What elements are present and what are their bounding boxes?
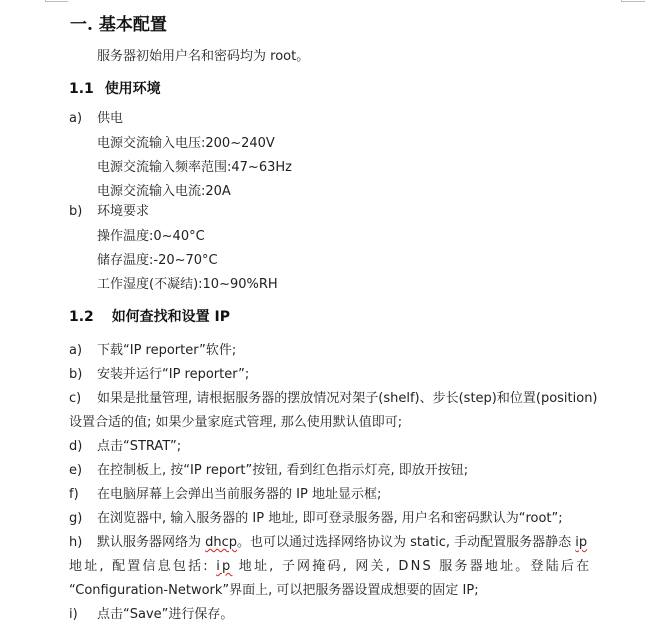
step-batch-config-line1: 如果是批量管理, 请根据服务器的摆放情况对架子(shelf)、步长(step)和…	[97, 391, 598, 407]
section-title: 如何查找和设置 IP	[112, 309, 230, 325]
heading-basic-config: 一. 基本配置	[70, 10, 167, 35]
step-save: 点击“Save”进行保存。	[97, 607, 233, 623]
text-run: 地址, 配置信息包括:	[69, 559, 216, 574]
step-download: 下载“IP reporter”软件;	[97, 343, 236, 359]
list-item-environment: 环境要求	[97, 204, 149, 220]
spellcheck-word: dhcp	[205, 535, 237, 550]
detail-operating-temp: 操作温度:0~40°C	[97, 229, 205, 245]
intro-text: 服务器初始用户名和密码均为 root。	[97, 49, 309, 65]
step-click-start: 点击“STRAT”;	[97, 439, 181, 455]
detail-current: 电源交流输入电流:20A	[97, 184, 231, 200]
section-number: 1.2	[69, 309, 94, 325]
heading-section-1-2: 1.2 如何查找和设置 IP	[69, 306, 230, 326]
detail-storage-temp: 储存温度:-20~70°C	[97, 253, 218, 269]
step-network-line3: “Configuration-Network”界面上, 可以把服务器设置成想要的…	[69, 583, 479, 599]
step-ip-popup: 在电脑屏幕上会弹出当前服务器的 IP 地址显示框;	[97, 487, 381, 503]
list-marker: b)	[69, 204, 82, 220]
section-title: 使用环境	[105, 81, 161, 97]
detail-humidity: 工作湿度(不凝结):10~90%RH	[97, 277, 278, 293]
step-batch-config-line2: 设置合适的值; 如果少量家庭式管理, 那么使用默认值即可;	[69, 415, 402, 431]
step-marker: i)	[69, 607, 78, 623]
step-marker: g)	[69, 511, 82, 527]
detail-voltage: 电源交流输入电压:200~240V	[97, 136, 275, 152]
heading-section-1-1: 1.1 使用环境	[69, 78, 161, 98]
text-run: 地址, 子网掩码, 网关, DNS 服务器地址。登陆后在	[232, 559, 591, 574]
step-install: 安装并运行“IP reporter”;	[97, 367, 249, 383]
spellcheck-word: ip	[216, 559, 232, 574]
step-marker: f)	[69, 487, 79, 503]
page-corner-mark-left	[45, 0, 68, 2]
text-run: 。也可以通过选择网络协议为 static, 手动配置服务器静态	[237, 535, 575, 550]
step-browser-login: 在浏览器中, 输入服务器的 IP 地址, 即可登录服务器, 用户名和密码默认为“…	[97, 511, 563, 527]
step-marker: c)	[69, 391, 81, 407]
step-network-line2: 地址, 配置信息包括: ip 地址, 子网掩码, 网关, DNS 服务器地址。登…	[69, 559, 591, 575]
detail-frequency: 电源交流输入频率范围:47~63Hz	[97, 160, 292, 176]
step-marker: e)	[69, 463, 82, 479]
text-run: 默认服务器网络为	[97, 535, 205, 550]
step-marker: d)	[69, 439, 82, 455]
list-marker: a)	[69, 111, 82, 127]
step-marker: a)	[69, 343, 82, 359]
step-network-line1: 默认服务器网络为 dhcp。也可以通过选择网络协议为 static, 手动配置服…	[97, 535, 587, 551]
step-marker: b)	[69, 367, 82, 383]
spellcheck-word: ip	[575, 535, 587, 550]
step-press-button: 在控制板上, 按“IP report”按钮, 看到红色指示灯亮, 即放开按钮;	[97, 463, 468, 479]
section-number: 1.1	[69, 81, 94, 97]
step-marker: h)	[69, 535, 82, 551]
page-corner-mark-right	[621, 0, 645, 2]
list-item-power: 供电	[97, 111, 123, 127]
